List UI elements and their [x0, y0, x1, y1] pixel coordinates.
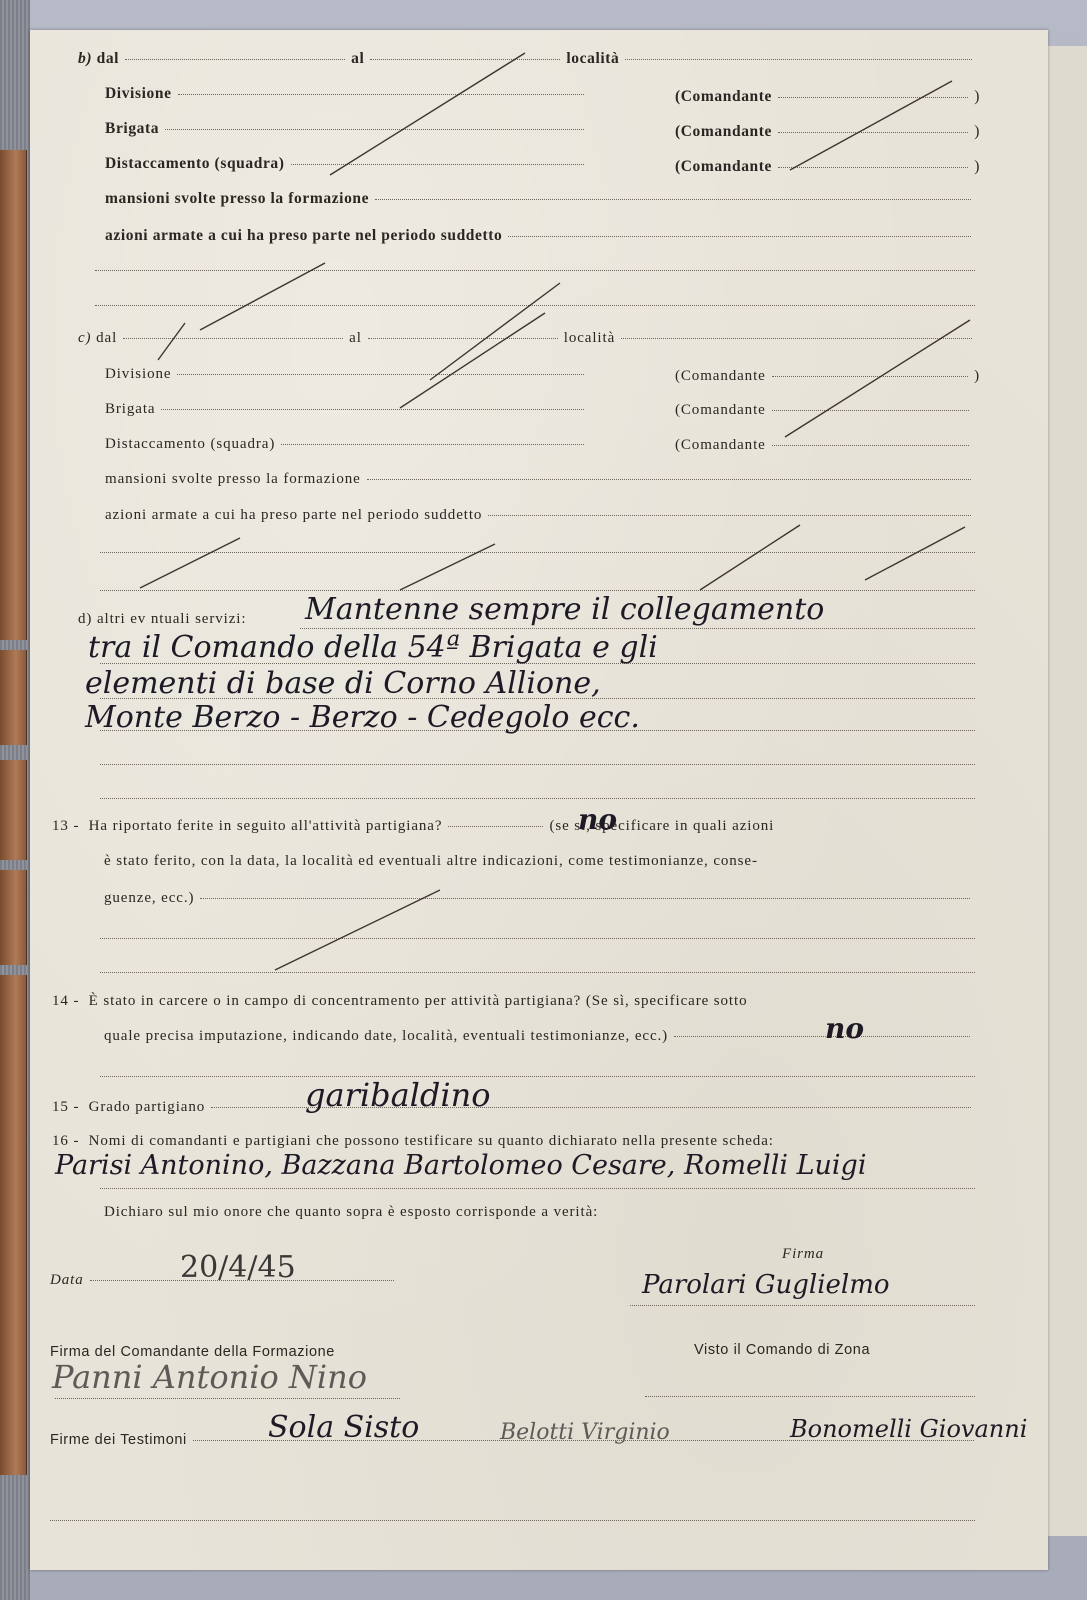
testimone-signature: Bonomelli Giovanni [790, 1415, 1027, 1443]
close-paren: ) [974, 123, 980, 141]
q15-label: Grado partigiano [89, 1099, 205, 1116]
mansioni-label: mansioni svolte presso la formazione [105, 190, 369, 208]
divisione-label: Divisione [105, 366, 171, 383]
q14-text: È stato in carcere o in campo di concent… [89, 993, 748, 1010]
signature-line [630, 1305, 975, 1306]
section-c-comandante-2: (Comandante [675, 402, 975, 419]
comandante-label: (Comandante [675, 402, 766, 419]
q15-number: 15 - [52, 1099, 79, 1116]
handwritten-service-line: Mantenne sempre il collegamento [305, 592, 824, 627]
book-edge [0, 150, 27, 640]
dal-label: dal [96, 330, 117, 347]
visto-comando-label: Visto il Comando di Zona [694, 1342, 870, 1358]
blank-line [100, 764, 975, 765]
section-c-dates: c) dal al località [78, 330, 978, 347]
section-d-label: d) altri ev ntuali servizi: [78, 611, 246, 628]
testimoni-label: Firme dei Testimoni [50, 1432, 187, 1448]
handwritten-service-line: elementi di base di Corno Allione, [85, 666, 601, 701]
section-c-divisione: Divisione [105, 366, 590, 383]
q13-text-2: è stato ferito, con la data, la località… [104, 853, 758, 870]
section-c-distaccamento: Distaccamento (squadra) [105, 436, 590, 453]
section-b-mansioni: mansioni svolte presso la formazione [105, 190, 977, 208]
q13-text: Ha riportato ferite in seguito all'attiv… [89, 818, 443, 835]
q13-line3: guenze, ecc.) [104, 890, 976, 907]
firma-label-row: Firma [782, 1246, 824, 1263]
close-paren: ) [974, 158, 980, 176]
question-15: 15 - Grado partigiano [52, 1099, 977, 1116]
comandante-signature: Panni Antonio Nino [52, 1358, 367, 1396]
section-c-mansioni: mansioni svolte presso la formazione [105, 471, 977, 488]
firma-label: Firma [782, 1246, 824, 1263]
al-label: al [351, 50, 364, 68]
section-b-divisione: Divisione [105, 85, 590, 103]
visto-label-row: Visto il Comando di Zona [694, 1342, 870, 1358]
blank-line [95, 270, 975, 271]
azioni-label: azioni armate a cui ha preso parte nel p… [105, 227, 502, 245]
signature-line [645, 1396, 975, 1397]
handwritten-service-line: tra il Comando della 54ª Brigata e gli [88, 630, 658, 665]
book-edge [0, 975, 27, 1475]
testimone-signature: Sola Sisto [268, 1410, 419, 1445]
q16-number: 16 - [52, 1133, 79, 1150]
brigata-label: Brigata [105, 120, 159, 138]
comandante-label: (Comandante [675, 437, 766, 454]
distaccamento-label: Distaccamento (squadra) [105, 436, 275, 453]
signature-line [55, 1398, 400, 1399]
section-b-dates: b) dal al località [78, 50, 978, 68]
blank-line [100, 798, 975, 799]
section-b-comandante-3: (Comandante) [675, 158, 980, 176]
dal-label: dal [97, 50, 119, 68]
book-edge [0, 870, 27, 965]
close-paren: ) [974, 88, 980, 106]
q14-text-2: quale precisa imputazione, indicando dat… [104, 1028, 668, 1045]
document-page [30, 30, 1048, 1570]
q14-number: 14 - [52, 993, 79, 1010]
section-c-comandante-3: (Comandante [675, 437, 975, 454]
comandante-label: (Comandante [675, 158, 772, 176]
declaration-text: Dichiaro sul mio onore che quanto sopra … [104, 1204, 598, 1221]
blank-line [300, 628, 975, 629]
section-b-comandante-1: (Comandante) [675, 88, 980, 106]
blank-line [100, 1188, 975, 1189]
q13-answer: no [578, 803, 617, 836]
al-label: al [349, 330, 362, 347]
localita-label: località [564, 330, 615, 347]
firma-signature: Parolari Guglielmo [642, 1270, 890, 1300]
q16-label: Nomi di comandanti e partigiani che poss… [89, 1133, 774, 1150]
blank-line [100, 1076, 975, 1077]
blank-line [100, 552, 975, 553]
localita-label: località [566, 50, 619, 68]
distaccamento-label: Distaccamento (squadra) [105, 155, 285, 173]
section-c-azioni: azioni armate a cui ha preso parte nel p… [105, 507, 977, 524]
question-16: 16 - Nomi di comandanti e partigiani che… [52, 1133, 774, 1150]
date-value: 20/4/45 [180, 1250, 296, 1285]
section-b-brigata: Brigata [105, 120, 590, 138]
comandante-label: (Comandante [675, 368, 766, 385]
blank-line [95, 305, 975, 306]
section-b-distaccamento: Distaccamento (squadra) [105, 155, 590, 173]
q13-line2: è stato ferito, con la data, la località… [104, 853, 758, 870]
question-13: 13 - Ha riportato ferite in seguito all'… [52, 818, 977, 835]
q13-text-3: guenze, ecc.) [104, 890, 194, 907]
section-c-marker: c) [78, 330, 91, 347]
book-edge [0, 760, 27, 860]
q14-answer: no [825, 1012, 864, 1045]
section-c-comandante-1: (Comandante) [675, 368, 980, 385]
section-b-marker: b) [78, 50, 92, 68]
altri-servizi-label: d) altri ev ntuali servizi: [78, 611, 246, 628]
blank-line [100, 590, 975, 591]
blank-line [100, 938, 975, 939]
divisione-label: Divisione [105, 85, 172, 103]
brigata-label: Brigata [105, 401, 155, 418]
comandante-label: (Comandante [675, 88, 772, 106]
q15-answer: garibaldino [305, 1076, 490, 1114]
mansioni-label: mansioni svolte presso la formazione [105, 471, 361, 488]
azioni-label: azioni armate a cui ha preso parte nel p… [105, 507, 482, 524]
section-b-azioni: azioni armate a cui ha preso parte nel p… [105, 227, 977, 245]
blank-line [50, 1520, 975, 1521]
section-c-brigata: Brigata [105, 401, 590, 418]
blank-line [100, 972, 975, 973]
close-paren: ) [974, 368, 980, 385]
q16-answer: Parisi Antonino, Bazzana Bartolomeo Cesa… [55, 1150, 866, 1181]
next-page-edge [1046, 46, 1087, 1536]
declaration: Dichiaro sul mio onore che quanto sopra … [104, 1204, 598, 1221]
q13-number: 13 - [52, 818, 79, 835]
data-label: Data [50, 1272, 84, 1289]
question-14: 14 - È stato in carcere o in campo di co… [52, 993, 747, 1010]
section-b-comandante-2: (Comandante) [675, 123, 980, 141]
handwritten-service-line: Monte Berzo - Berzo - Cedegolo ecc. [85, 700, 640, 735]
testimone-signature: Belotti Virginio [500, 1420, 670, 1445]
comandante-label: (Comandante [675, 123, 772, 141]
book-edge [0, 650, 27, 745]
